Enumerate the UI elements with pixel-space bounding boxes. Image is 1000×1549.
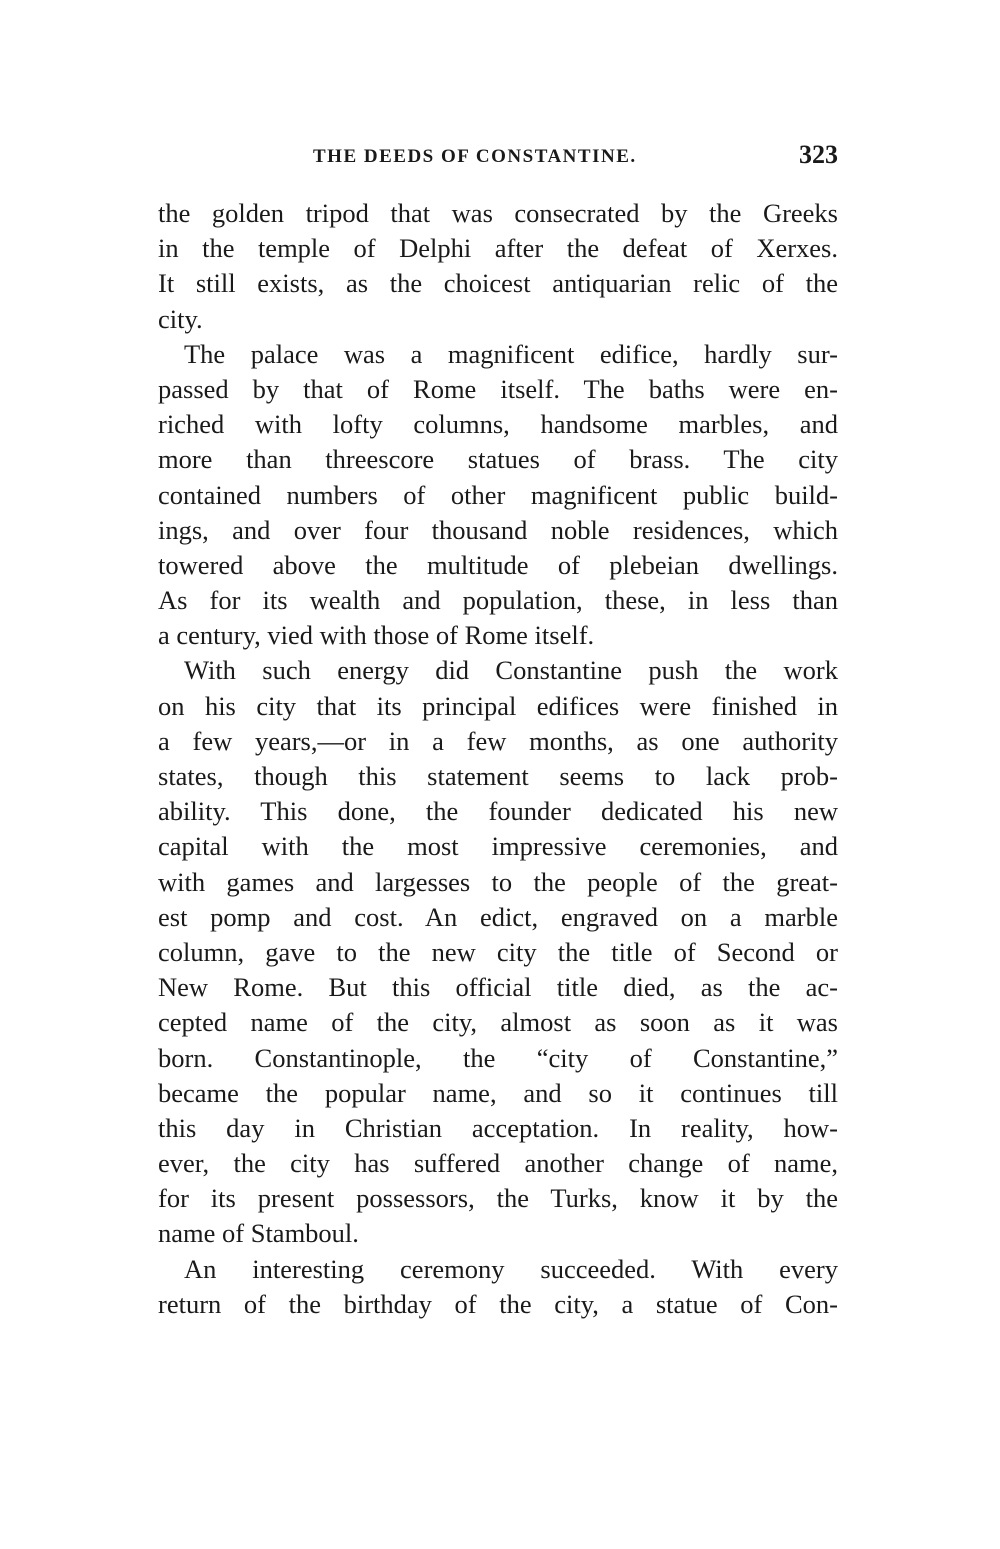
text-line: column, gave to the new city the title o… <box>158 935 838 970</box>
text-line: on his city that its principal edifices … <box>158 689 838 724</box>
text-line: more than threescore statues of brass. T… <box>158 442 838 477</box>
text-line: est pomp and cost. An edict, engraved on… <box>158 900 838 935</box>
text-line: With such energy did Constantine push th… <box>158 653 838 688</box>
text-line: passed by that of Rome itself. The baths… <box>158 372 838 407</box>
text-line: the golden tripod that was consecrated b… <box>158 196 838 231</box>
text-line: riched with lofty columns, handsome marb… <box>158 407 838 442</box>
text-line: with games and largesses to the people o… <box>158 865 838 900</box>
text-line: cepted name of the city, almost as soon … <box>158 1005 838 1040</box>
text-line: a century, vied with those of Rome itsel… <box>158 618 838 653</box>
text-line: in the temple of Delphi after the defeat… <box>158 231 838 266</box>
text-line: return of the birthday of the city, a st… <box>158 1287 838 1322</box>
body-text: the golden tripod that was consecrated b… <box>158 196 838 1322</box>
text-line: name of Stamboul. <box>158 1216 838 1251</box>
text-line: this day in Christian acceptation. In re… <box>158 1111 838 1146</box>
text-line: contained numbers of other magnificent p… <box>158 478 838 513</box>
text-line: ability. This done, the founder dedicate… <box>158 794 838 829</box>
text-line: ings, and over four thousand noble resid… <box>158 513 838 548</box>
text-line: states, though this statement seems to l… <box>158 759 838 794</box>
text-line: became the popular name, and so it conti… <box>158 1076 838 1111</box>
text-line: An interesting ceremony succeeded. With … <box>158 1252 838 1287</box>
text-line: ever, the city has suffered another chan… <box>158 1146 838 1181</box>
text-line: New Rome. But this official title died, … <box>158 970 838 1005</box>
text-line: capital with the most impressive ceremon… <box>158 829 838 864</box>
text-line: As for its wealth and population, these,… <box>158 583 838 618</box>
page-number: 323 <box>799 140 838 170</box>
text-line: It still exists, as the choicest antiqua… <box>158 266 838 301</box>
running-header: THE DEEDS OF CONSTANTINE. 323 <box>158 140 838 180</box>
text-line: born. Constantinople, the “city of Const… <box>158 1041 838 1076</box>
text-line: for its present possessors, the Turks, k… <box>158 1181 838 1216</box>
running-title: THE DEEDS OF CONSTANTINE. <box>313 146 637 168</box>
text-line: The palace was a magnificent edifice, ha… <box>158 337 838 372</box>
text-line: towered above the multitude of plebeian … <box>158 548 838 583</box>
text-line: a few years,—or in a few months, as one … <box>158 724 838 759</box>
text-line: city. <box>158 302 838 337</box>
